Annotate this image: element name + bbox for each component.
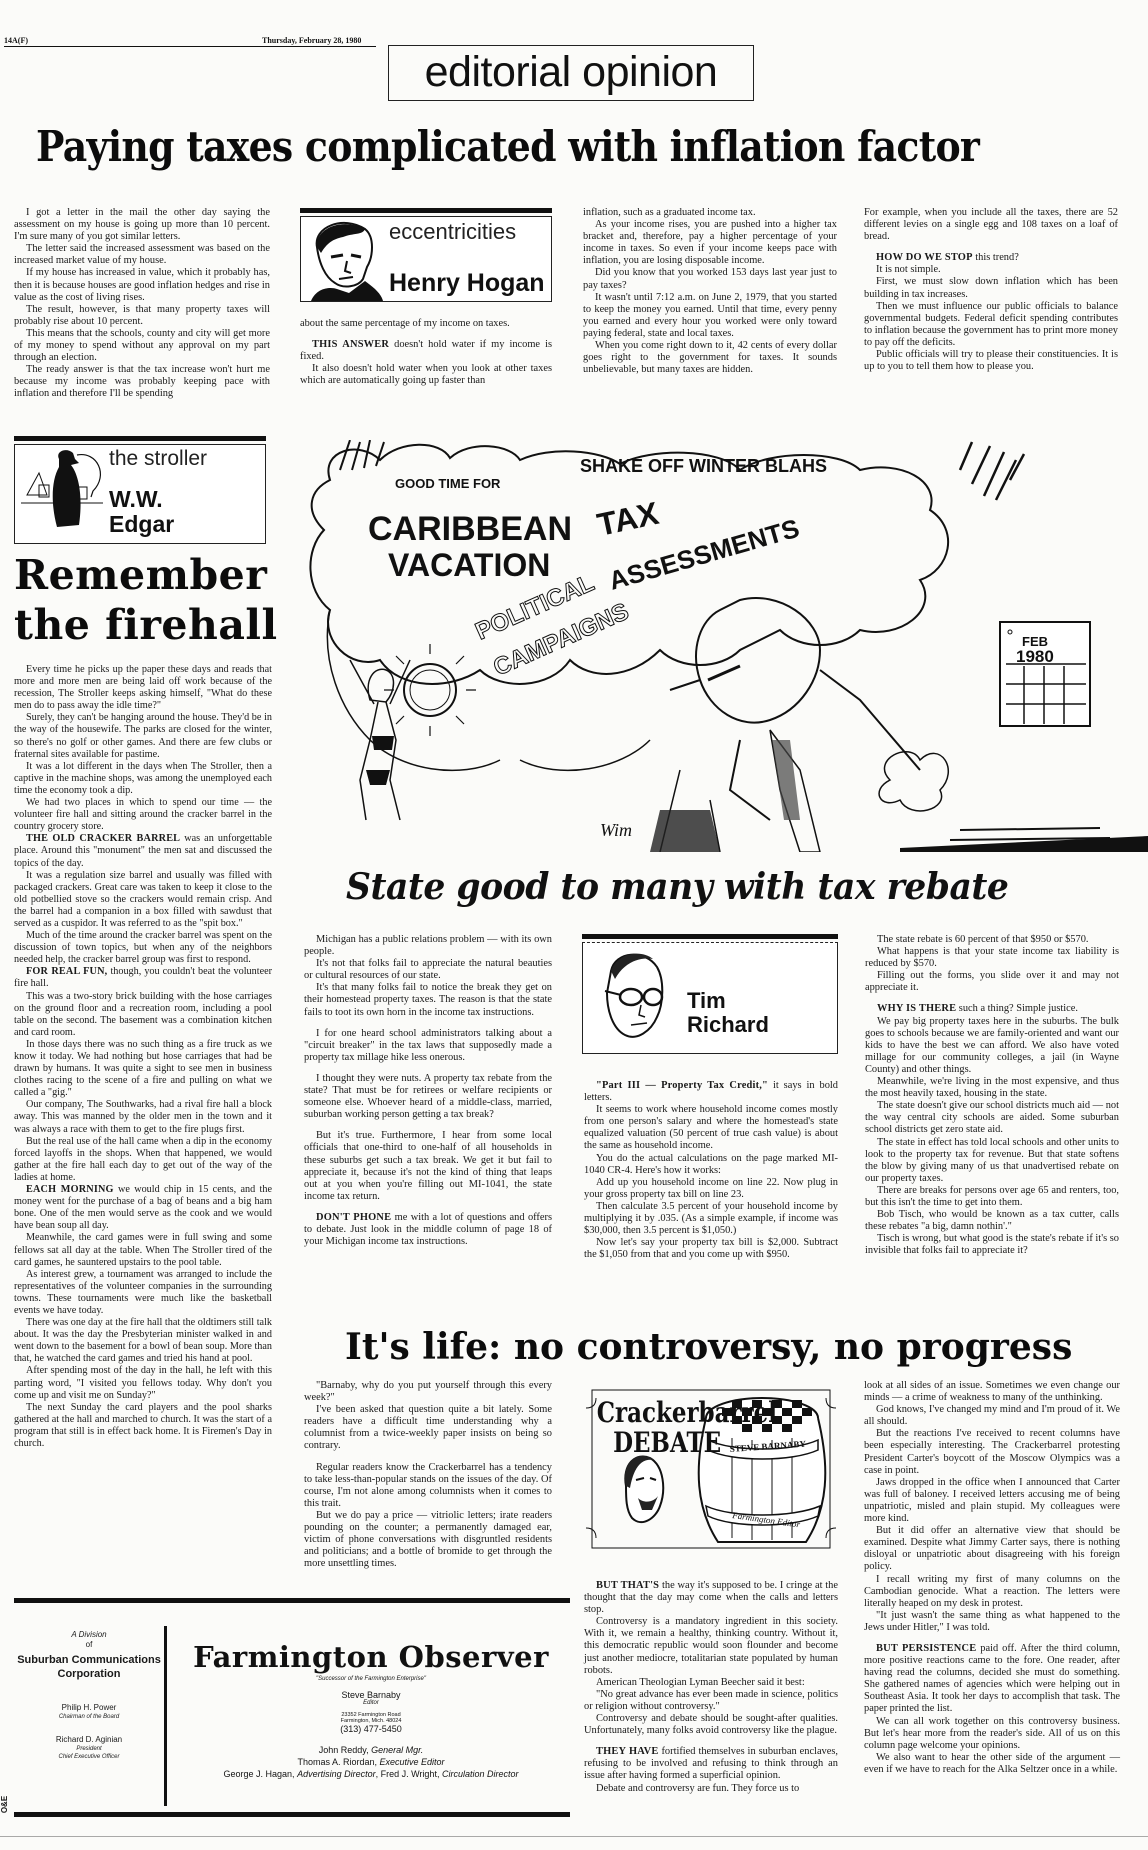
paragraph: As your income rises, you are pushed int…	[583, 219, 837, 267]
lead-in: FOR REAL FUN,	[26, 966, 107, 977]
lead-in: BUT PERSISTENCE	[876, 1643, 976, 1654]
taxes-column-3: inflation, such as a graduated income ta…	[583, 207, 837, 376]
paragraph-text: I've been asked that question quite a bi…	[304, 1404, 552, 1451]
paragraph-text: But it did offer an alternative view tha…	[864, 1525, 1120, 1572]
paragraph: The state doesn't give our school distri…	[865, 1100, 1119, 1136]
paragraph-text: We can all work together on this controv…	[864, 1716, 1120, 1751]
paragraph-text: Then calculate 3.5 percent of your house…	[584, 1201, 838, 1236]
paragraph-text: In those days there was no such thing as…	[14, 1039, 272, 1098]
paragraph: It wasn't until 7:12 a.m. on June 2, 197…	[583, 292, 837, 340]
paragraph: But it did offer an alternative view tha…	[864, 1525, 1120, 1573]
paragraph: In those days there was no such thing as…	[14, 1039, 272, 1099]
paragraph-text: this trend?	[973, 252, 1019, 263]
paragraph-text: Meanwhile, we're living in the most expe…	[865, 1076, 1119, 1099]
paragraph-text: You do the actual calculations on the pa…	[584, 1153, 838, 1176]
lead-in: EACH MORNING	[26, 1184, 114, 1195]
taxes-headline: Paying taxes complicated with inflation …	[36, 122, 979, 171]
cartoon-tax-line1: TAX	[594, 495, 662, 543]
lead-in: WHY IS THERE	[877, 1003, 956, 1014]
masthead-paper: Farmington Observer "Successor of the Fa…	[172, 1640, 570, 1780]
division-line2: of	[14, 1640, 164, 1650]
crackerbarrel-logo-line2: DEBATE	[613, 1427, 721, 1460]
paragraph: The letter said the increased assessment…	[14, 243, 270, 267]
controversy-column-1: "Barnaby, why do you put yourself throug…	[304, 1380, 552, 1570]
staff-title: Circulation Director	[442, 1769, 519, 1779]
paragraph: It's that many folks fail to notice the …	[304, 982, 552, 1018]
paragraph-text: "No great advance has ever been made in …	[584, 1689, 838, 1712]
paper-name: Farmington Observer	[172, 1640, 570, 1674]
paragraph: You do the actual calculations on the pa…	[584, 1153, 838, 1177]
paragraph: It's not that folks fail to appreciate t…	[304, 958, 552, 982]
paragraph-text: Every time he picks up the paper these d…	[14, 664, 272, 711]
masthead-divider	[164, 1626, 167, 1806]
paragraph: The result, however, is that many proper…	[14, 304, 270, 328]
stroller-author-line2: Edgar	[109, 512, 174, 537]
paragraph: Meanwhile, we're living in the most expe…	[865, 1076, 1119, 1100]
paragraph: We had two places in which to spend our …	[14, 797, 272, 833]
paragraph-text: Bob Tisch, who would be known as a tax c…	[865, 1209, 1119, 1232]
president-title: President	[14, 1745, 164, 1753]
paragraph-text: Regular readers know the Crackerbarrel h…	[304, 1462, 552, 1509]
chairman-title: Chairman of the Board	[14, 1713, 164, 1721]
paragraph: The next Sunday the card players and the…	[14, 1402, 272, 1450]
paragraph: It was a regulation size barrel and usua…	[14, 870, 272, 930]
staff-name: , Fred J. Wright,	[376, 1769, 442, 1779]
paragraph-text: But the real use of the hall came when a…	[14, 1136, 272, 1183]
staff-name: John Reddy,	[319, 1745, 371, 1755]
paragraph: The state rebate is 60 percent of that $…	[865, 934, 1119, 946]
richard-portrait-icon	[591, 945, 675, 1053]
paragraph-text: The state rebate is 60 percent of that $…	[877, 934, 1089, 945]
stroller-column-name: the stroller	[109, 447, 207, 471]
barrel-icon: STEVE BARNABY Farmington Editor Crackerb…	[582, 1378, 840, 1558]
stroller-sig-bar	[14, 436, 266, 441]
paragraph: Filling out the forms, you slide over it…	[865, 970, 1119, 994]
paragraph-text: such a thing? Simple justice.	[956, 1003, 1078, 1014]
paragraph: "No great advance has ever been made in …	[584, 1689, 838, 1713]
page-date: Thursday, February 28, 1980	[262, 36, 361, 45]
paragraph: I for one heard school administrators ta…	[304, 1028, 552, 1064]
masthead-corporate: A Division of Suburban Communications Co…	[14, 1630, 164, 1761]
staff-title: Advertising Director	[297, 1769, 376, 1779]
division-line1: A Division	[14, 1630, 164, 1640]
paragraph: FOR REAL FUN, though, you couldn't beat …	[14, 966, 272, 990]
paragraph-text: After spending most of the day in the ha…	[14, 1365, 272, 1400]
paragraph-text: It seems to work where household income …	[584, 1104, 838, 1151]
section-title: editorial opinion	[425, 48, 718, 96]
paragraph: DON'T PHONE me with a lot of questions a…	[304, 1212, 552, 1248]
paragraph-text: Meanwhile, the card games were in full s…	[14, 1232, 272, 1267]
paragraph: Controversy is a mandatory ingredient in…	[584, 1616, 838, 1676]
paragraph-text: But the reactions I've received to recen…	[864, 1428, 1120, 1475]
paragraph: WHY IS THERE such a thing? Simple justic…	[865, 1003, 1119, 1015]
paragraph: Add up you household income on line 22. …	[584, 1177, 838, 1201]
cartoon-artist-signature: Wim	[600, 820, 632, 840]
staff-name: Thomas A. Riordan,	[297, 1757, 379, 1767]
paragraph: Surely, they can't be hanging around the…	[14, 712, 272, 760]
paragraph-text: We also want to hear the other side of t…	[864, 1752, 1120, 1775]
paragraph: It was a lot different in the days when …	[14, 761, 272, 797]
stroller-headline-line1: Remember	[14, 550, 278, 600]
controversy-column-3: look at all sides of an issue. Sometimes…	[864, 1380, 1120, 1776]
page-bottom-rule	[0, 1836, 1148, 1837]
lead-in: THIS ANSWER	[312, 339, 389, 350]
paragraph: First, we must slow down inflation which…	[864, 276, 1118, 300]
paragraph-text: Much of the time around the cracker barr…	[14, 930, 272, 965]
paragraph: God knows, I've changed my mind and I'm …	[864, 1404, 1120, 1428]
paragraph-text: There are breaks for persons over age 65…	[865, 1185, 1119, 1208]
paragraph-text: Jaws dropped in the office when I announ…	[864, 1477, 1120, 1524]
staff-title: General Mgr.	[371, 1745, 423, 1755]
taxes-column-1: I got a letter in the mail the other day…	[14, 207, 270, 401]
paragraph: Michigan has a public relations problem …	[304, 934, 552, 958]
staff-line-1: John Reddy, General Mgr.	[172, 1744, 570, 1756]
stroller-headline: Remember the firehall	[14, 550, 278, 650]
richard-author-line1: Tim	[687, 989, 769, 1013]
paragraph: But the real use of the hall came when a…	[14, 1136, 272, 1184]
paragraph: But it's true. Furthermore, I hear from …	[304, 1130, 552, 1203]
paragraph-text: Filling out the forms, you slide over it…	[865, 970, 1119, 993]
company-line1: Suburban Communications	[14, 1653, 164, 1667]
paragraph: THEY HAVE fortified themselves in suburb…	[584, 1746, 838, 1782]
edition-mark: O&E	[0, 1796, 9, 1813]
paragraph: "Part III — Property Tax Credit," it say…	[584, 1080, 838, 1104]
cartoon-bubble-small: GOOD TIME FOR	[395, 476, 501, 491]
paragraph-text: I recall writing my first of many column…	[864, 1574, 1120, 1609]
cartoon-caption-top: SHAKE OFF WINTER BLAHS	[580, 456, 827, 476]
paragraph-text: The state in effect has told local schoo…	[865, 1137, 1119, 1184]
paragraph-text: Debate and controversy are fun. They for…	[596, 1783, 799, 1794]
paragraph-text: Controversy and debate should be sought-…	[584, 1713, 838, 1736]
paragraph-text: It was a regulation size barrel and usua…	[14, 870, 272, 929]
paragraph: BUT PERSISTENCE paid off. After the thir…	[864, 1643, 1120, 1716]
paragraph: But the reactions I've received to recen…	[864, 1428, 1120, 1476]
paragraph: We pay big property taxes here in the su…	[865, 1016, 1119, 1076]
hogan-author-name: Henry Hogan	[389, 269, 545, 298]
rebate-column-3: The state rebate is 60 percent of that $…	[865, 934, 1119, 1257]
paragraph: When you come right down to it, 42 cents…	[583, 340, 837, 376]
paragraph: This was a two-story brick building with…	[14, 991, 272, 1039]
taxes-column-2: about the same percentage of my income o…	[300, 318, 552, 387]
paragraph: It seems to work where household income …	[584, 1104, 838, 1152]
paragraph: For example, when you include all the ta…	[864, 207, 1118, 243]
lead-in: THEY HAVE	[596, 1746, 659, 1757]
editorial-cartoon: SHAKE OFF WINTER BLAHS GOOD TIME FOR CAR…	[300, 440, 1148, 852]
paragraph-text: The state doesn't give our school distri…	[865, 1100, 1119, 1135]
crackerbarrel-logo: STEVE BARNABY Farmington Editor Crackerb…	[582, 1378, 840, 1558]
paragraph: I recall writing my first of many column…	[864, 1574, 1120, 1610]
paragraph-text: We pay big property taxes here in the su…	[865, 1016, 1119, 1075]
paragraph-text: I thought they were nuts. A property tax…	[304, 1073, 552, 1120]
paragraph: Bob Tisch, who would be known as a tax c…	[865, 1209, 1119, 1233]
paragraph-text: American Theologian Lyman Beecher said i…	[596, 1677, 805, 1688]
stroller-author-line1: W.W.	[109, 487, 174, 512]
calendar-year: 1980	[1016, 647, 1054, 666]
controversy-column-2: BUT THAT'S the way it's supposed to be. …	[584, 1580, 838, 1795]
ceo-title: Chief Executive Officer	[14, 1753, 164, 1761]
paragraph: Public officials will try to please thei…	[864, 349, 1118, 373]
paragraph: We can all work together on this controv…	[864, 1716, 1120, 1752]
taxes-column-4: For example, when you include all the ta…	[864, 207, 1118, 373]
paragraph: But we do pay a price — vitriolic letter…	[304, 1510, 552, 1570]
paragraph: look at all sides of an issue. Sometimes…	[864, 1380, 1120, 1404]
hogan-sig-bar	[300, 208, 552, 213]
paragraph: This means that the schools, county and …	[14, 328, 270, 364]
richard-sig-bar	[582, 934, 838, 939]
paragraph-text: It's that many folks fail to notice the …	[304, 982, 552, 1017]
paragraph-text: I for one heard school administrators ta…	[304, 1028, 552, 1063]
paragraph-text: "Barnaby, why do you put yourself throug…	[304, 1380, 552, 1403]
paragraph-text: Surely, they can't be hanging around the…	[14, 712, 272, 759]
paragraph: EACH MORNING we would chip in 15 cents, …	[14, 1184, 272, 1232]
paragraph: It is not simple.	[864, 264, 1118, 276]
lead-in: BUT THAT'S	[596, 1580, 659, 1591]
paragraph: The state in effect has told local schoo…	[865, 1137, 1119, 1185]
cartoon-bubble-line1: CARIBBEAN	[368, 510, 572, 548]
rebate-column-2: "Part III — Property Tax Credit," it say…	[584, 1080, 838, 1261]
rebate-column-1: Michigan has a public relations problem …	[304, 934, 552, 1248]
paragraph-text: But it's true. Furthermore, I hear from …	[304, 1130, 552, 1201]
editor-title: Editor	[172, 1700, 570, 1706]
paragraph: If my house has increased in value, whic…	[14, 267, 270, 303]
richard-author-line2: Richard	[687, 1013, 769, 1037]
staff-line-3: George J. Hagan, Advertising Director, F…	[172, 1768, 570, 1780]
richard-author: Tim Richard	[687, 989, 769, 1037]
staff-line-2: Thomas A. Riordan, Executive Editor	[172, 1756, 570, 1768]
paragraph: Every time he picks up the paper these d…	[14, 664, 272, 712]
controversy-headline: It's life: no controversy, no progress	[345, 1326, 1072, 1368]
paragraph-text: God knows, I've changed my mind and I'm …	[864, 1404, 1120, 1427]
paragraph-text: What happens is that your state income t…	[865, 946, 1119, 969]
page-number: 14A(F)	[4, 36, 28, 45]
header-rule	[4, 46, 376, 47]
paragraph: Much of the time around the cracker barr…	[14, 930, 272, 966]
lead-in: THE OLD CRACKER BARREL	[26, 833, 180, 844]
paragraph-text: But we do pay a price — vitriolic letter…	[304, 1510, 552, 1569]
paragraph-text: As interest grew, a tournament was arran…	[14, 1269, 272, 1316]
richard-signature-box: Tim Richard	[582, 942, 838, 1054]
masthead-top-rule	[14, 1598, 570, 1603]
paragraph-text: Our company, The Southwarks, had a rival…	[14, 1099, 272, 1134]
paragraph: Tisch is wrong, but what good is the sta…	[865, 1233, 1119, 1257]
paragraph: THE OLD CRACKER BARREL was an unforgetta…	[14, 833, 272, 869]
staff-name: George J. Hagan,	[224, 1769, 298, 1779]
paragraph: I got a letter in the mail the other day…	[14, 207, 270, 243]
stroller-author: W.W. Edgar	[109, 487, 174, 537]
stroller-figure-icon	[17, 445, 103, 541]
paragraph: Then we must influence our public offici…	[864, 301, 1118, 349]
paragraph-text: Add up you household income on line 22. …	[584, 1177, 838, 1200]
phone-number: (313) 477-5450	[172, 1724, 570, 1734]
paragraph: American Theologian Lyman Beecher said i…	[584, 1677, 838, 1689]
paragraph: BUT THAT'S the way it's supposed to be. …	[584, 1580, 838, 1616]
paragraph-text: It was a lot different in the days when …	[14, 761, 272, 796]
stroller-signature-box: the stroller W.W. Edgar	[14, 444, 266, 544]
cartoon-bubble-line2: VACATION	[388, 547, 550, 583]
staff-title: Executive Editor	[380, 1757, 445, 1767]
paragraph: inflation, such as a graduated income ta…	[583, 207, 837, 219]
paragraph-text: We had two places in which to spend our …	[14, 797, 272, 832]
hogan-portrait-icon	[303, 217, 385, 301]
paragraph: Our company, The Southwarks, had a rival…	[14, 1099, 272, 1135]
paragraph-text: It's not that folks fail to appreciate t…	[304, 958, 552, 981]
paragraph-text: It also doesn't hold water when you look…	[300, 363, 552, 386]
stroller-headline-line2: the firehall	[14, 600, 278, 650]
paragraph: I thought they were nuts. A property tax…	[304, 1073, 552, 1121]
paragraph: After spending most of the day in the ha…	[14, 1365, 272, 1401]
paragraph-text: Michigan has a public relations problem …	[304, 934, 552, 957]
editor-name: Steve Barnaby	[172, 1690, 570, 1700]
president-name: Richard D. Aginian	[14, 1735, 164, 1745]
cartoon-drawing: SHAKE OFF WINTER BLAHS GOOD TIME FOR CAR…	[300, 440, 1148, 852]
paragraph-text: There was one day at the fire hall that …	[14, 1317, 272, 1364]
chairman-name: Philip H. Power	[14, 1703, 164, 1713]
hogan-column-name: eccentricities	[389, 219, 516, 245]
paragraph: Jaws dropped in the office when I announ…	[864, 1477, 1120, 1525]
paragraph: Debate and controversy are fun. They for…	[584, 1783, 838, 1795]
paper-tagline: "Successor of the Farmington Enterprise"	[172, 1676, 570, 1682]
lead-in: "Part III — Property Tax Credit,"	[596, 1080, 768, 1091]
section-title-box: editorial opinion	[388, 45, 754, 101]
paragraph: Controversy and debate should be sought-…	[584, 1713, 838, 1737]
paragraph-text: Now let's say your property tax bill is …	[584, 1237, 838, 1260]
paragraph: Did you know that you worked 153 days la…	[583, 267, 837, 291]
lead-in: HOW DO WE STOP	[876, 252, 973, 263]
company-line2: Corporation	[14, 1667, 164, 1681]
paragraph: What happens is that your state income t…	[865, 946, 1119, 970]
paragraph-text: Tisch is wrong, but what good is the sta…	[865, 1233, 1119, 1256]
paragraph: "Barnaby, why do you put yourself throug…	[304, 1380, 552, 1404]
paragraph: We also want to hear the other side of t…	[864, 1752, 1120, 1776]
paragraph: Now let's say your property tax bill is …	[584, 1237, 838, 1261]
paragraph: Meanwhile, the card games were in full s…	[14, 1232, 272, 1268]
paragraph: There was one day at the fire hall that …	[14, 1317, 272, 1365]
paragraph-text: This was a two-story brick building with…	[14, 991, 272, 1038]
paragraph-text: "It just wasn't the same thing as what h…	[864, 1610, 1120, 1633]
lead-in: DON'T PHONE	[316, 1212, 391, 1223]
paragraph: "It just wasn't the same thing as what h…	[864, 1610, 1120, 1634]
paragraph: I've been asked that question quite a bi…	[304, 1404, 552, 1452]
paragraph: The ready answer is that the tax increas…	[14, 364, 270, 400]
rebate-headline: State good to many with tax rebate	[346, 866, 1008, 908]
paragraph-text: Controversy is a mandatory ingredient in…	[584, 1616, 838, 1675]
paragraph: about the same percentage of my income o…	[300, 318, 552, 330]
hogan-signature-box: eccentricities Henry Hogan	[300, 216, 552, 302]
stroller-body: Every time he picks up the paper these d…	[14, 664, 272, 1450]
paragraph: There are breaks for persons over age 65…	[865, 1185, 1119, 1209]
paragraph: As interest grew, a tournament was arran…	[14, 1269, 272, 1317]
paragraph: Regular readers know the Crackerbarrel h…	[304, 1462, 552, 1510]
paragraph: Then calculate 3.5 percent of your house…	[584, 1201, 838, 1237]
paragraph-text: The next Sunday the card players and the…	[14, 1402, 272, 1449]
masthead-bottom-rule	[14, 1812, 570, 1817]
crackerbarrel-logo-line1: Crackerbarrel	[597, 1397, 777, 1430]
